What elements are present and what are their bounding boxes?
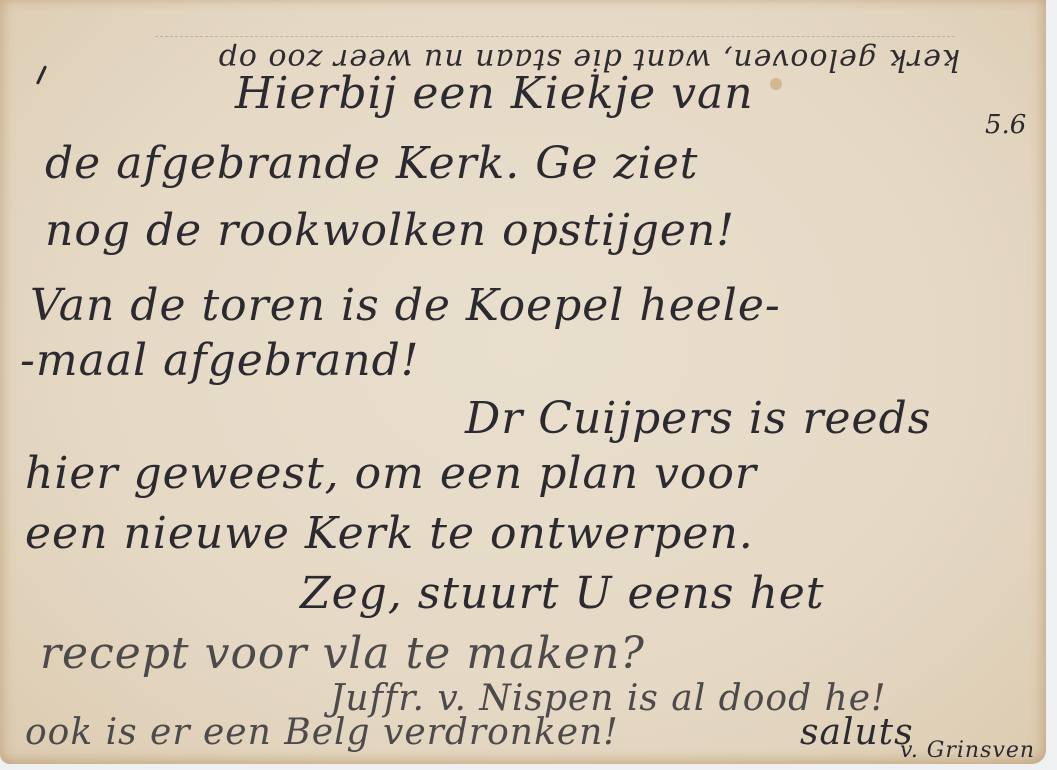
postcard: kerk gelooven, want die staan nu weer zo… — [0, 0, 1046, 764]
text-line-6: Dr Cuijpers is reeds — [465, 393, 931, 444]
text-line-8: een nieuwe Kerk te ontwerpen. — [25, 508, 754, 559]
text-line-3: nog de rookwolken opstijgen! — [45, 205, 735, 256]
closing-saluts: saluts — [800, 712, 914, 753]
text-line-12: ook is er een Belg verdronken! — [25, 712, 619, 753]
paper-stain — [770, 78, 782, 90]
margin-note: 5.6 — [985, 110, 1026, 140]
text-line-4: Van de toren is de Koepel heele- — [30, 280, 781, 331]
text-line-10: recept voor vla te maken? — [40, 628, 645, 679]
text-line-5: -maal afgebrand! — [20, 335, 419, 386]
text-line-2: de afgebrande Kerk. Ge ziet — [45, 138, 698, 189]
text-line-7: hier geweest, om een plan voor — [25, 448, 757, 499]
printed-rule — [155, 36, 955, 37]
text-line-1: Hierbij een Kiekje van — [235, 68, 754, 119]
text-line-9: Zeg, stuurt U eens het — [300, 568, 825, 619]
signature: v. Grinsven — [900, 738, 1035, 763]
punctuation-mark — [36, 65, 47, 84]
